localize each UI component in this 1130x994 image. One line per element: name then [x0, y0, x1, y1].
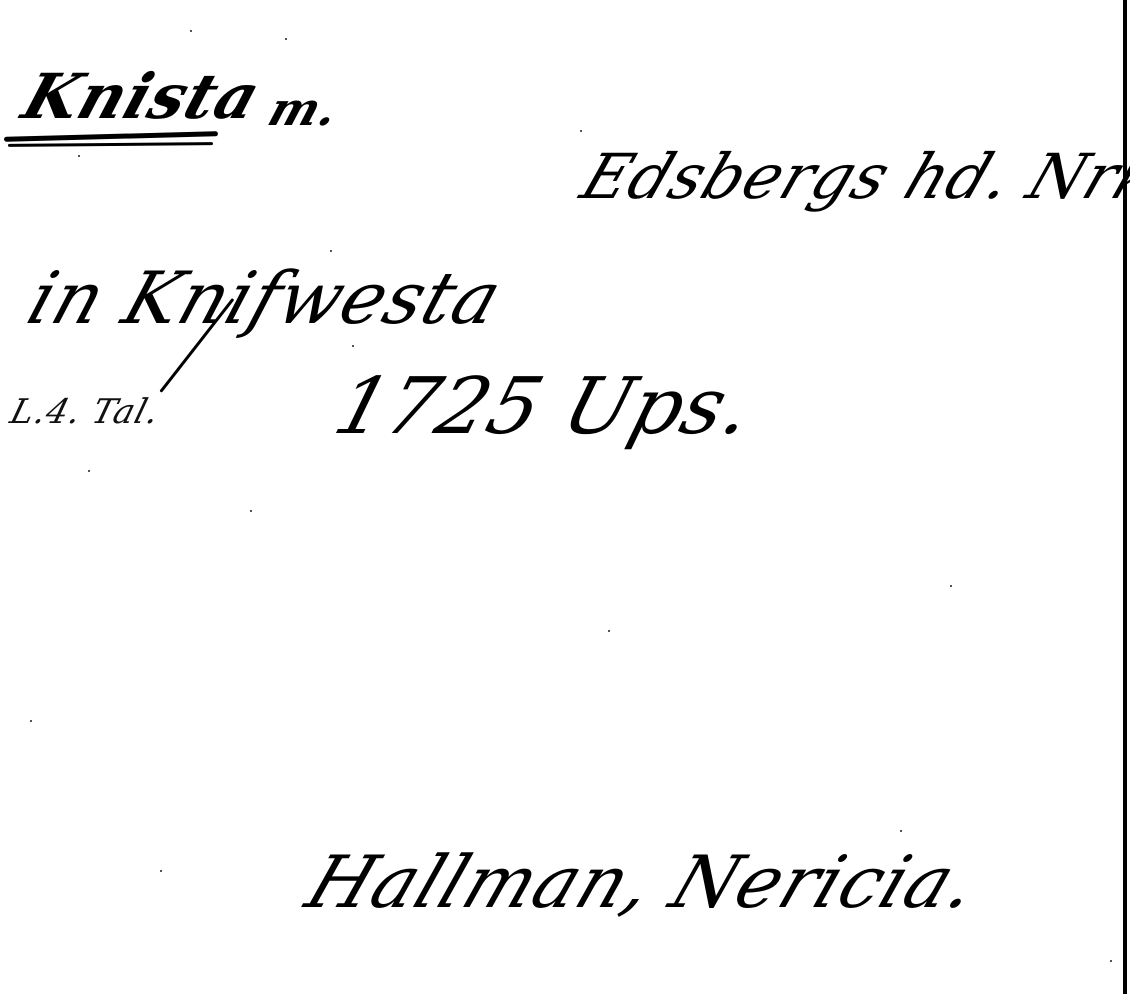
scan-speck [190, 30, 192, 32]
source-district: Edsbergs hd. Nrk. [572, 140, 1130, 213]
scan-speck [30, 720, 32, 722]
usage-context: in Knifwesta [18, 256, 512, 340]
scan-speck [78, 155, 80, 157]
scan-speck [160, 870, 162, 872]
scan-speck [580, 130, 582, 132]
scan-speck [1110, 960, 1112, 962]
scan-speck [88, 470, 90, 472]
year-and-source: 1725 Ups. [325, 362, 764, 452]
scan-speck [608, 630, 610, 632]
scan-speck [352, 345, 354, 347]
scan-speck [950, 585, 952, 587]
scan-speck [285, 38, 287, 40]
scan-speck [250, 510, 252, 512]
grammatical-gender: m. [262, 82, 346, 136]
collector-signature: Hallman, Nericia. [296, 840, 991, 924]
scan-speck [330, 250, 332, 252]
scan-speck [900, 830, 902, 832]
card-edge-border [1123, 0, 1127, 994]
headword: Knista [14, 60, 270, 133]
index-card: Knista m. Edsbergs hd. Nrk. in Knifwesta… [0, 0, 1130, 994]
reference-note: L.4. Tal. [6, 392, 164, 432]
headword-double-underline [8, 142, 213, 147]
